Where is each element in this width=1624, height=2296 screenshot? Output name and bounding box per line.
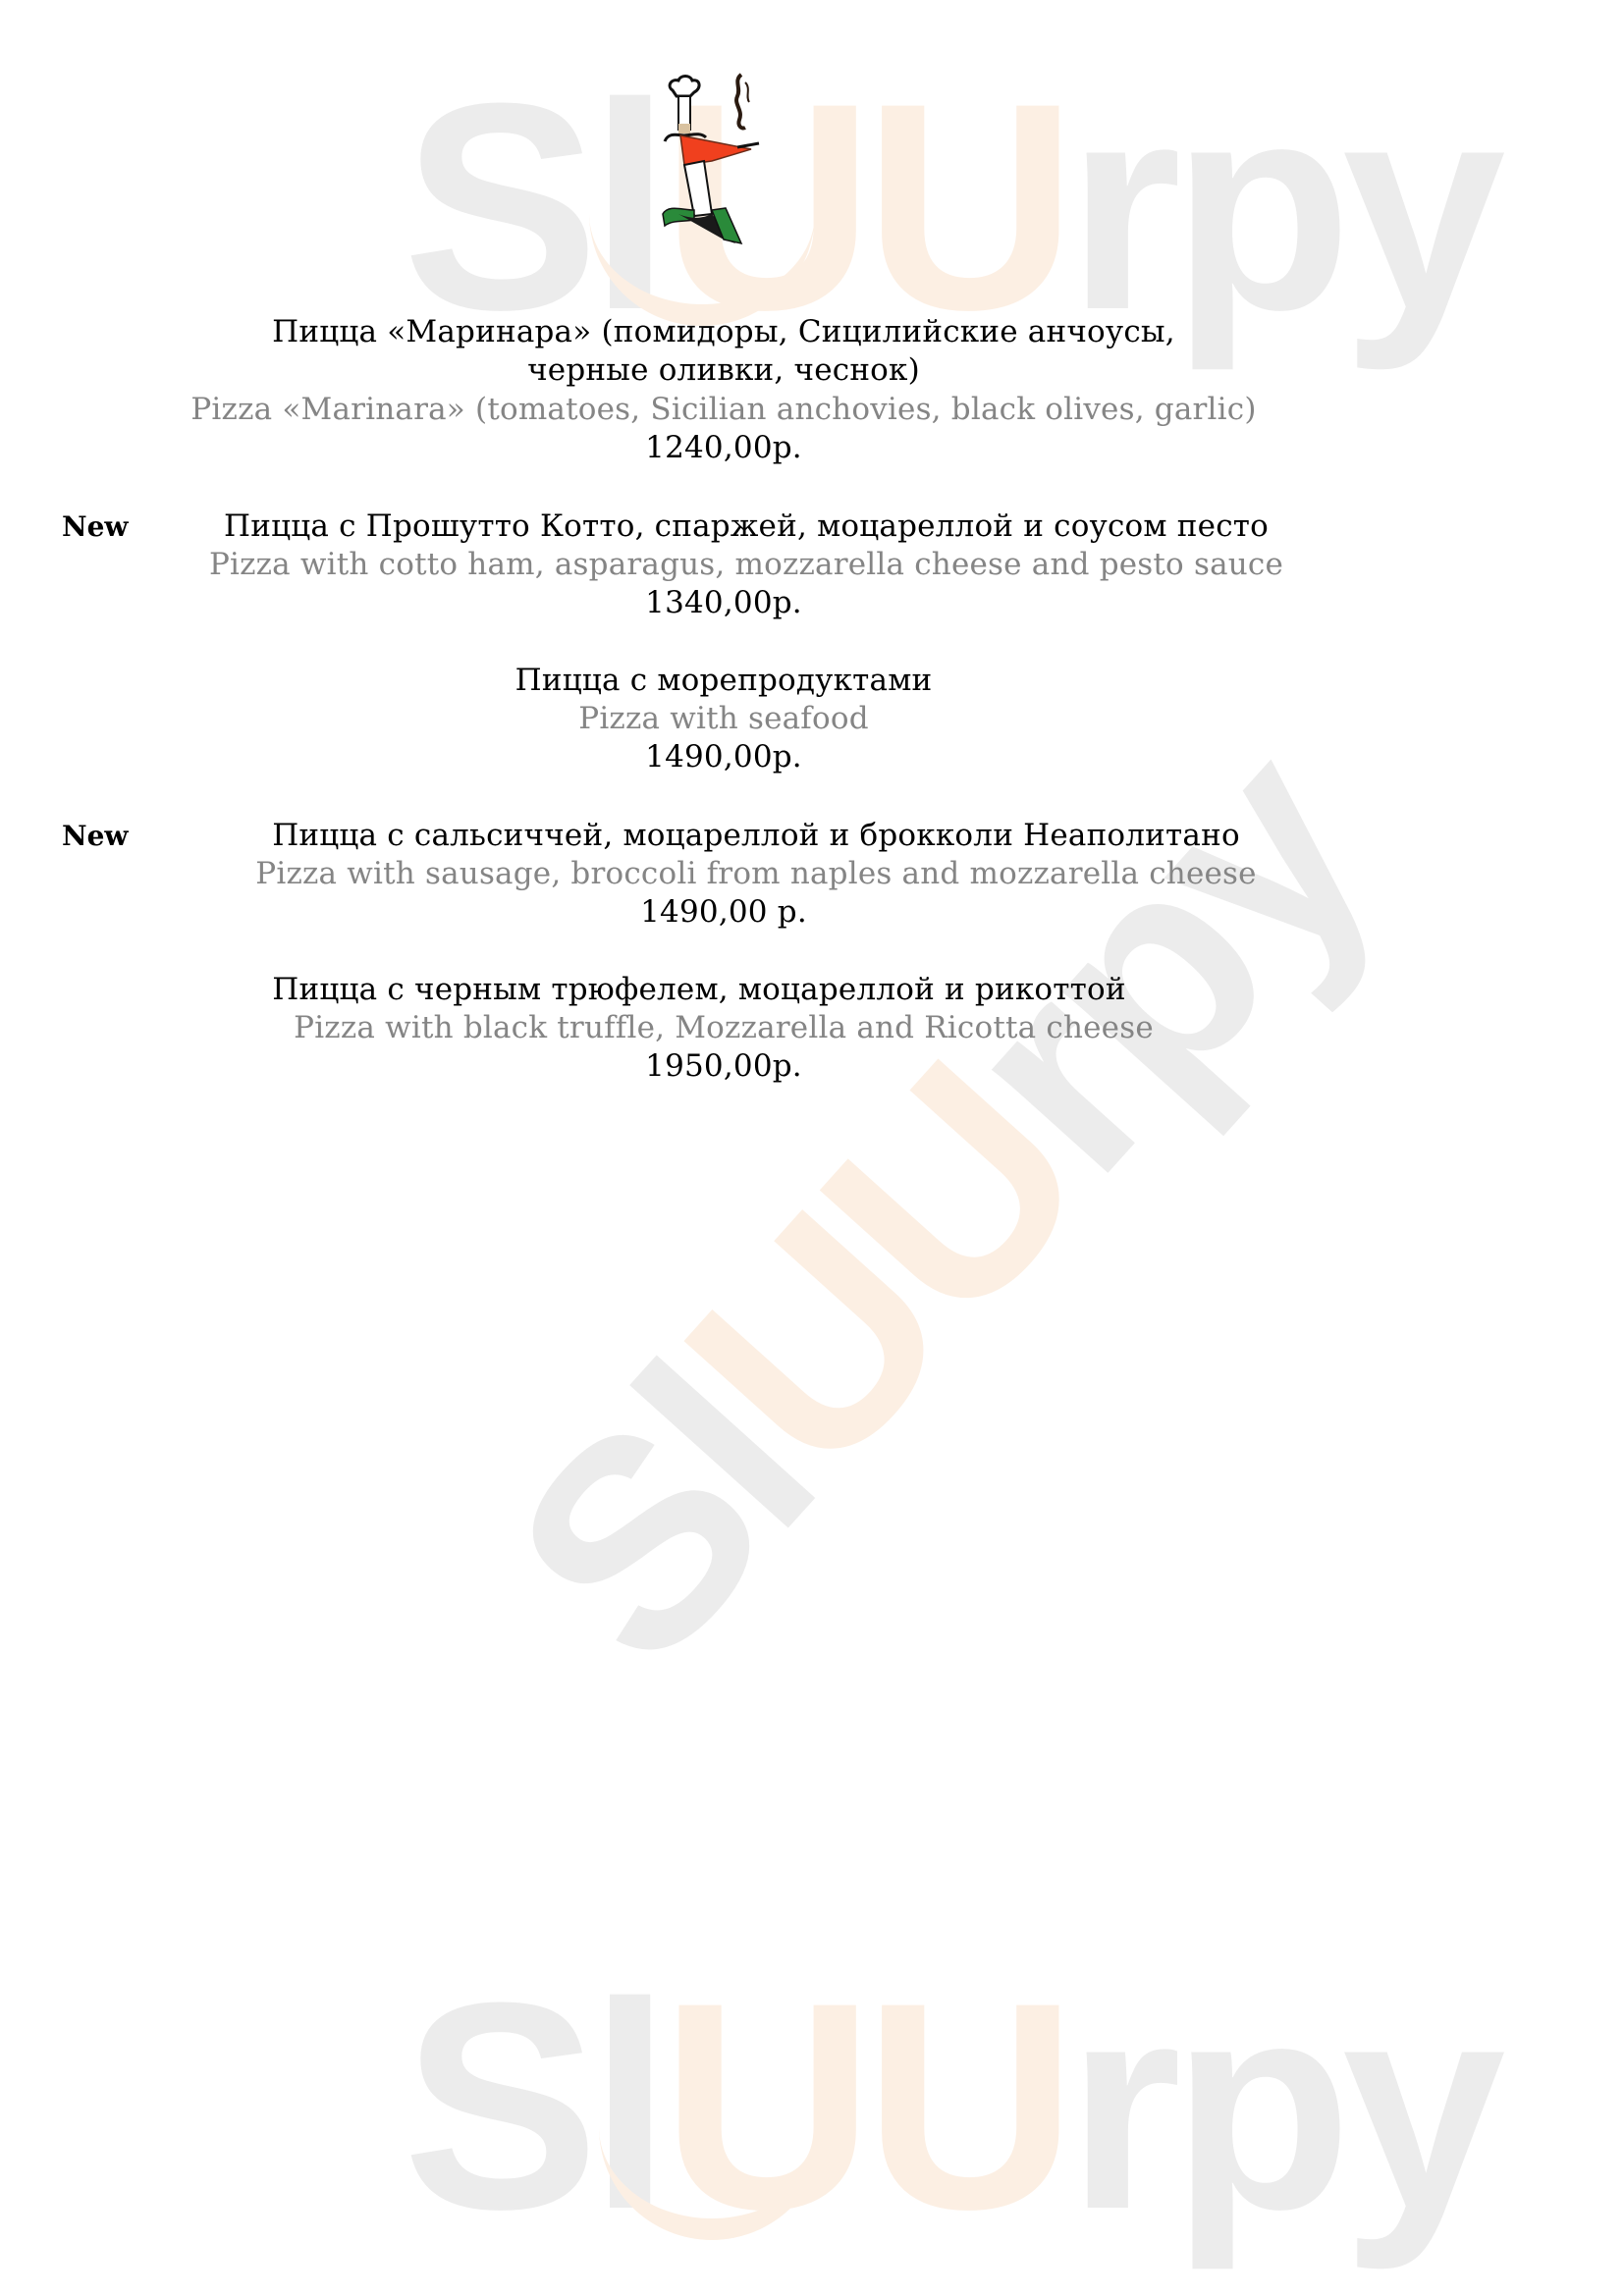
item-name-en: Pizza with seafood (578, 700, 868, 738)
item-price: 1340,00р. (645, 584, 802, 622)
watermark-text-left: Sl (403, 1941, 661, 2270)
watermark-top: SlUUrpy (403, 59, 1496, 353)
item-name-ru: Пицца с Прошутто Котто, спаржей, моцарел… (224, 507, 1269, 546)
item-price: 1490,00 р. (640, 893, 807, 932)
item-price: 1240,00р. (645, 429, 802, 467)
new-badge: New (62, 817, 129, 855)
item-name-ru-continued: черные оливки, чеснок) (527, 351, 920, 390)
item-price: 1490,00р. (645, 738, 802, 776)
watermark-text-right: rpy (1067, 1941, 1496, 2270)
chef-logo-icon (643, 67, 771, 253)
item-name-ru: Пицца с черным трюфелем, моцареллой и ри… (272, 971, 1125, 1009)
item-name-en: Pizza with black truffle, Mozzarella and… (294, 1009, 1154, 1047)
watermark-bottom: SlUUrpy (403, 1958, 1496, 2253)
item-name-en: Pizza «Marinara» (tomatoes, Sicilian anc… (190, 391, 1256, 429)
item-name-en: Pizza with cotto ham, asparagus, mozzare… (209, 546, 1283, 584)
item-name-ru: Пицца «Маринара» (помидоры, Сицилийские … (272, 313, 1175, 351)
item-name-ru: Пицца с сальсиччей, моцареллой и броккол… (272, 817, 1240, 855)
new-badge: New (62, 507, 129, 546)
item-name-en: Pizza with sausage, broccoli from naples… (255, 855, 1256, 893)
item-price: 1950,00р. (645, 1047, 802, 1086)
item-name-ru: Пицца с морепродуктами (515, 662, 933, 700)
